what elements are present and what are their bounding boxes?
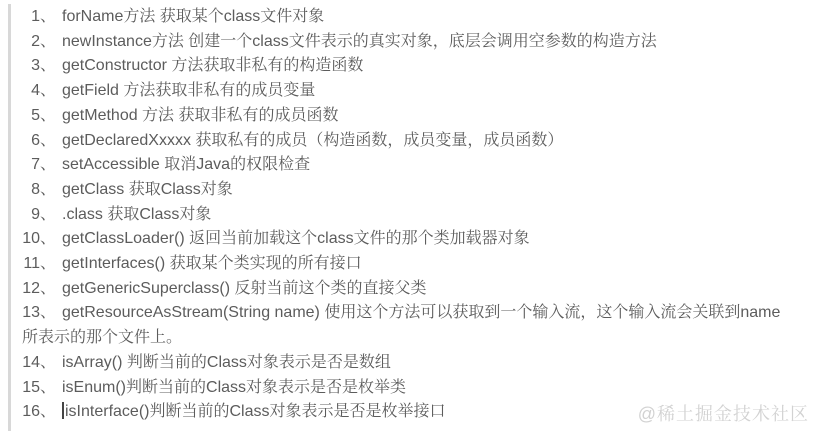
item-number: 4、 (22, 79, 56, 104)
list-item: 12、getGenericSuperclass() 反射当前这个类的直接父类 (22, 277, 812, 302)
item-text: getResourceAsStream(String name) 使用这个方法可… (62, 304, 780, 321)
item-text: getMethod 方法 获取非私有的成员函数 (62, 107, 339, 124)
item-text: .class 获取Class对象 (62, 206, 211, 223)
item-text: getField 方法获取非私有的成员变量 (62, 82, 315, 99)
item-number: 10、 (22, 227, 56, 252)
item-text: isArray() 判断当前的Class对象表示是否是数组 (62, 354, 391, 371)
item-text: getInterfaces() 获取某个类实现的所有接口 (62, 255, 362, 272)
item-number: 9、 (22, 203, 56, 228)
list-item: 4、getField 方法获取非私有的成员变量 (22, 79, 812, 104)
list-item: 7、setAccessible 取消Java的权限检查 (22, 153, 812, 178)
item-text: isEnum()判断当前的Class对象表示是否是枚举类 (62, 379, 406, 396)
list-item: 10、getClassLoader() 返回当前加载这个class文件的那个类加… (22, 227, 812, 252)
item-number: 15、 (22, 376, 56, 401)
item-number: 14、 (22, 351, 56, 376)
watermark: @稀土掘金技术社区 (638, 400, 809, 426)
list-item: 11、getInterfaces() 获取某个类实现的所有接口 (22, 252, 812, 277)
list-item: 13、getResourceAsStream(String name) 使用这个… (22, 301, 812, 350)
item-number: 5、 (22, 104, 56, 129)
list-item: 3、getConstructor 方法获取非私有的构造函数 (22, 54, 812, 79)
list-item: 5、getMethod 方法 获取非私有的成员函数 (22, 104, 812, 129)
item-number: 3、 (22, 54, 56, 79)
item-number: 6、 (22, 129, 56, 154)
item-number: 13、 (22, 301, 56, 326)
list-item: 6、getDeclaredXxxxx 获取私有的成员（构造函数，成员变量，成员函… (22, 129, 812, 154)
list-item: 1、forName方法 获取某个class文件对象 (22, 5, 812, 30)
list-item: 15、isEnum()判断当前的Class对象表示是否是枚举类 (22, 376, 812, 401)
item-text: newInstance方法 创建一个class文件表示的真实对象，底层会调用空参… (62, 33, 657, 50)
item-text: getGenericSuperclass() 反射当前这个类的直接父类 (62, 280, 427, 297)
blockquote-bar (8, 4, 11, 431)
item-text: getClass 获取Class对象 (62, 181, 233, 198)
page: 1、forName方法 获取某个class文件对象2、newInstance方法… (0, 0, 819, 438)
item-number: 8、 (22, 178, 56, 203)
item-text: forName方法 获取某个class文件对象 (62, 8, 324, 25)
item-text: isInterface()判断当前的Class对象表示是否是枚举接口 (65, 403, 445, 420)
item-text: getClassLoader() 返回当前加载这个class文件的那个类加载器对… (62, 230, 530, 247)
item-text: setAccessible 取消Java的权限检查 (62, 156, 310, 173)
item-number: 2、 (22, 30, 56, 55)
list-item: 14、isArray() 判断当前的Class对象表示是否是数组 (22, 351, 812, 376)
item-number: 12、 (22, 277, 56, 302)
text-cursor-icon (62, 402, 64, 419)
notes-list: 1、forName方法 获取某个class文件对象2、newInstance方法… (22, 5, 812, 425)
item-number: 16、 (22, 400, 56, 425)
item-text: getDeclaredXxxxx 获取私有的成员（构造函数，成员变量，成员函数） (62, 132, 563, 149)
item-text: getConstructor 方法获取非私有的构造函数 (62, 57, 363, 74)
item-number: 1、 (22, 5, 56, 30)
item-number: 11、 (22, 252, 56, 277)
list-item: 2、newInstance方法 创建一个class文件表示的真实对象，底层会调用… (22, 30, 812, 55)
list-item: 9、.class 获取Class对象 (22, 203, 812, 228)
list-item: 8、getClass 获取Class对象 (22, 178, 812, 203)
item-text-continued: 所表示的那个文件上。 (22, 329, 182, 346)
item-number: 7、 (22, 153, 56, 178)
